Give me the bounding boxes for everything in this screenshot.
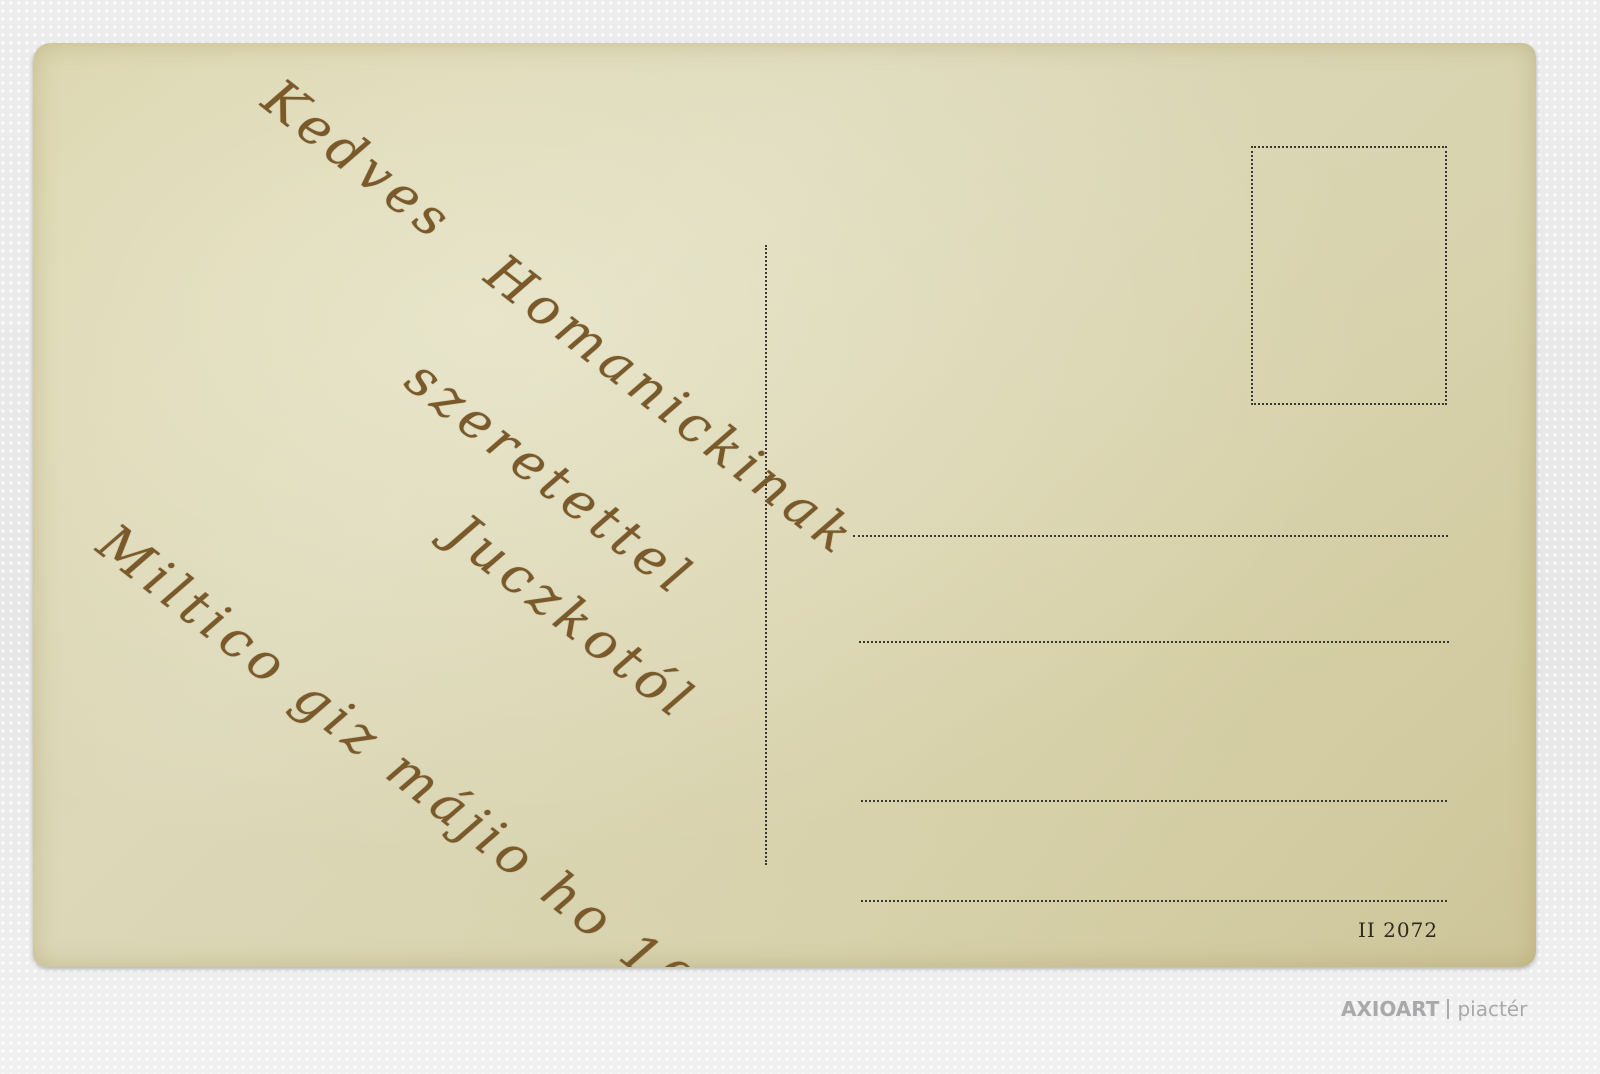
- stamp-placeholder-box: [1251, 146, 1447, 405]
- watermark-brand: AXIOART: [1341, 997, 1439, 1021]
- address-line-2: [859, 641, 1449, 643]
- address-line-1: [853, 535, 1448, 537]
- address-line-4: [861, 900, 1447, 902]
- print-code: II 2072: [1358, 918, 1438, 942]
- handwritten-line-1: Kedves: [251, 68, 465, 253]
- handwritten-line-5: Miltico giz májio ho 10.: [86, 513, 725, 967]
- address-line-3: [861, 800, 1447, 802]
- handwritten-line-2: Homanickinak: [474, 243, 867, 569]
- postcard-back: II 2072 Kedves Homanickinak szeretettel …: [33, 43, 1536, 967]
- watermark: AXIOART piactér: [1341, 997, 1527, 1021]
- watermark-separator: [1447, 999, 1449, 1019]
- center-divider-dotted-line: [765, 245, 767, 865]
- watermark-sub: piactér: [1457, 997, 1527, 1021]
